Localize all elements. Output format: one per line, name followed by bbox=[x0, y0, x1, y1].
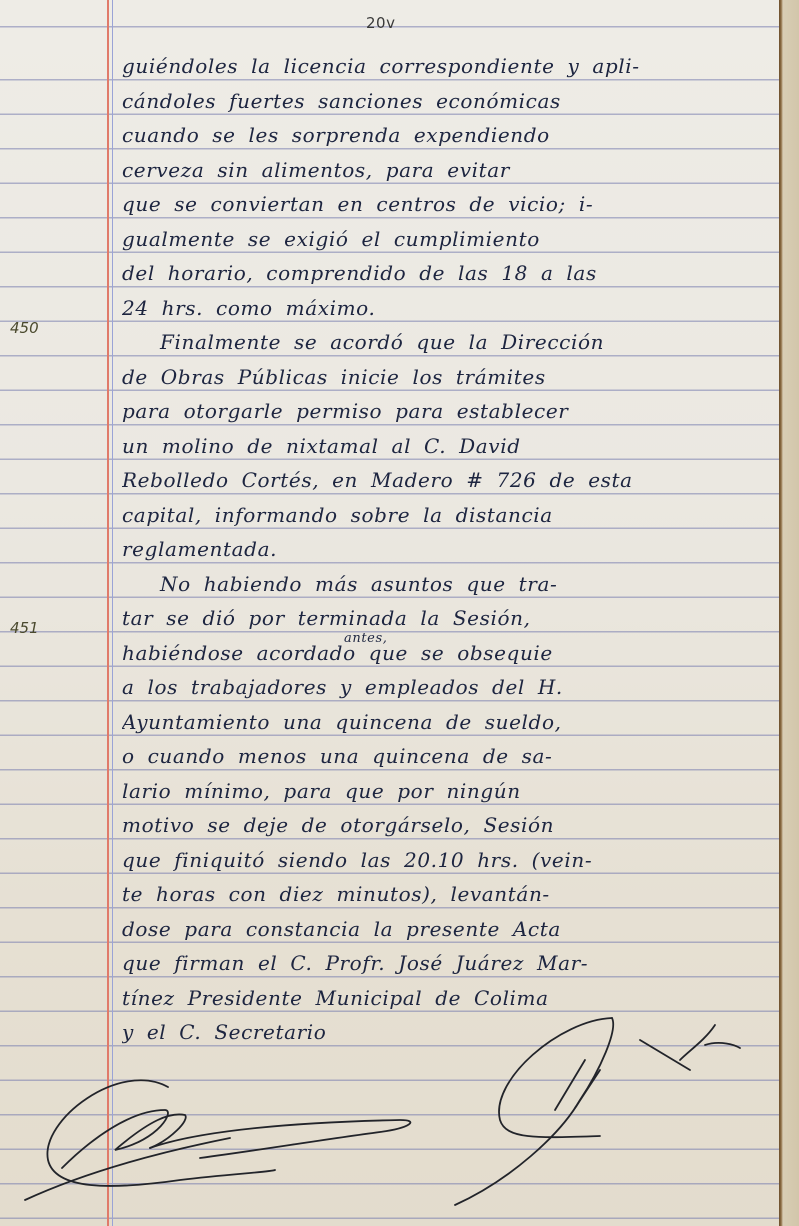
signatures-area bbox=[0, 1000, 799, 1226]
entry-number-450: 450 bbox=[10, 319, 39, 337]
text-line: para otorgarle permiso para establecer bbox=[122, 391, 772, 426]
interlinear-insertion: antes, bbox=[344, 633, 387, 657]
text-line: de Obras Públicas inicie los trámites bbox=[122, 357, 772, 392]
text-line: dose para constancia la presente Acta bbox=[122, 909, 772, 944]
text-line: gualmente se exigió el cumplimiento bbox=[122, 219, 772, 254]
text-line: que se conviertan en centros de vicio; i… bbox=[122, 184, 772, 219]
text-line: cuando se les sorprenda expendiendo bbox=[122, 115, 772, 150]
page-number: 20v bbox=[366, 14, 395, 32]
text-line: o cuando menos una quincena de sa- bbox=[122, 736, 772, 771]
text-line: habiéndose acordado que se obsequie ante… bbox=[122, 633, 772, 668]
text-line: que finiquitó siendo las 20.10 hrs. (vei… bbox=[122, 840, 772, 875]
text-line: un molino de nixtamal al C. David bbox=[122, 426, 772, 461]
text-line: te horas con diez minutos), levantán- bbox=[122, 874, 772, 909]
text-line: tar se dió por terminada la Sesión, bbox=[122, 598, 772, 633]
text-line: lario mínimo, para que por ningún bbox=[122, 771, 772, 806]
text-line: Rebolledo Cortés, en Madero # 726 de est… bbox=[122, 460, 772, 495]
signature-secretario bbox=[455, 1018, 740, 1205]
ledger-page: 20v 450 451 guiéndoles la licencia corre… bbox=[0, 0, 799, 1226]
text-line: que firman el C. Profr. José Juárez Mar- bbox=[122, 943, 772, 978]
text-line: motivo se deje de otorgárselo, Sesión bbox=[122, 805, 772, 840]
text-line: reglamentada. bbox=[122, 529, 772, 564]
entry-number-451: 451 bbox=[10, 619, 39, 637]
text-line-paragraph-start: No habiendo más asuntos que tra- bbox=[122, 564, 772, 599]
text-line: cándoles fuertes sanciones económicas bbox=[122, 81, 772, 116]
text-line-paragraph-start: Finalmente se acordó que la Dirección bbox=[122, 322, 772, 357]
text-line: del horario, comprendido de las 18 a las bbox=[122, 253, 772, 288]
handwritten-text-block: guiéndoles la licencia correspondiente y… bbox=[122, 46, 772, 1047]
text-line: cerveza sin alimentos, para evitar bbox=[122, 150, 772, 185]
text-line: guiéndoles la licencia correspondiente y… bbox=[122, 46, 772, 81]
text-line: 24 hrs. como máximo. bbox=[122, 288, 772, 323]
text-line: Ayuntamiento una quincena de sueldo, bbox=[122, 702, 772, 737]
signature-presidente bbox=[25, 1080, 410, 1200]
text-line: a los trabajadores y empleados del H. bbox=[122, 667, 772, 702]
text-line: capital, informando sobre la distancia bbox=[122, 495, 772, 530]
